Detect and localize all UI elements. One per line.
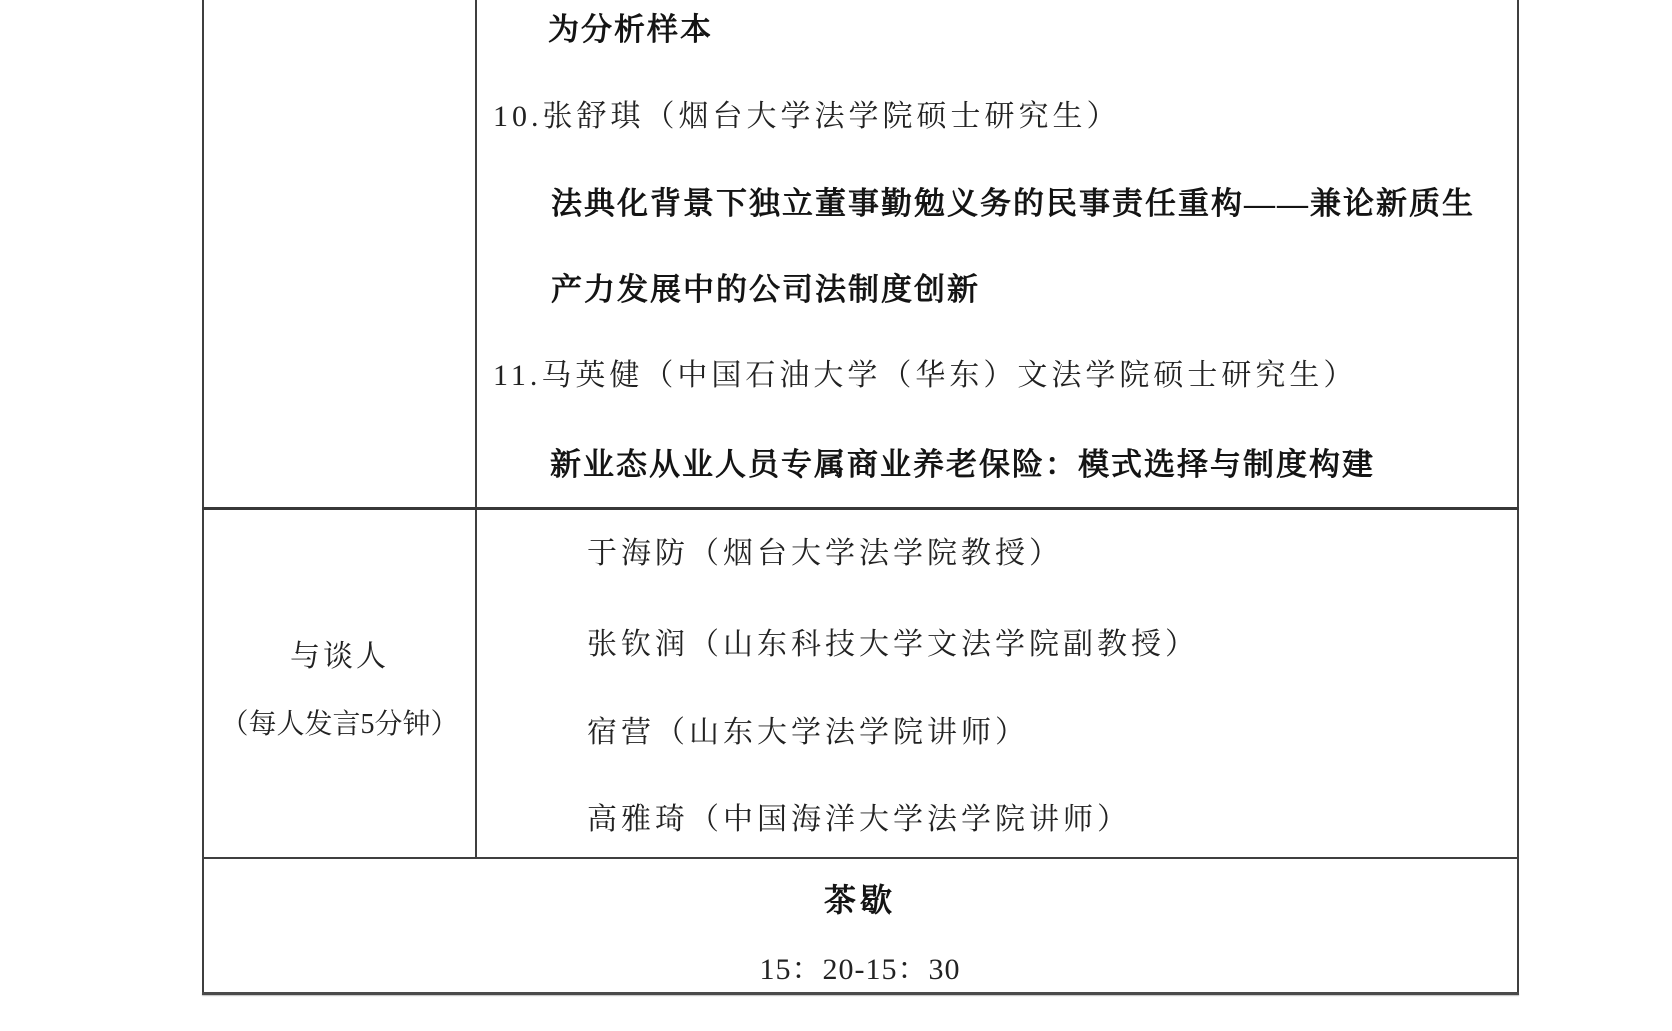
presenter-line: 11.马英健（中国石油大学（华东）文法学院硕士研究生） [493, 356, 1357, 396]
paper-title-line: 产力发展中的公司法制度创新 [551, 270, 980, 310]
tea-break-time: 15：20-15：30 [203, 950, 1517, 990]
discussant-line: 张钦润（山东科技大学文法学院副教授） [587, 625, 1199, 665]
discussant-line: 宿营（山东大学法学院讲师） [587, 713, 1029, 753]
paper-title-line: 新业态从业人员专属商业养老保险：模式选择与制度构建 [550, 445, 1375, 485]
discussant-line: 于海防（烟台大学法学院教授） [587, 534, 1063, 574]
discussant-role-label: 与谈人 [203, 637, 476, 677]
table-row-divider-2 [202, 857, 1519, 859]
presenter-line: 10.张舒琪（烟台大学法学院硕士研究生） [493, 97, 1121, 137]
table-border-right [1517, 0, 1519, 994]
table-row-divider-1 [202, 507, 1519, 510]
discussant-line: 高雅琦（中国海洋大学法学院讲师） [587, 800, 1131, 840]
paper-title-line: 为分析样本 [548, 10, 713, 50]
tea-break-title: 茶歇 [203, 880, 1517, 920]
table-border-left [202, 0, 204, 994]
table-border-bottom [202, 992, 1519, 995]
discussant-role-note: （每人发言5分钟） [203, 706, 476, 744]
conference-program-page: 为分析样本 10.张舒琪（烟台大学法学院硕士研究生） 法典化背景下独立董事勤勉义… [0, 0, 1672, 1031]
paper-title-line: 法典化背景下独立董事勤勉义务的民事责任重构——兼论新质生 [551, 184, 1475, 224]
